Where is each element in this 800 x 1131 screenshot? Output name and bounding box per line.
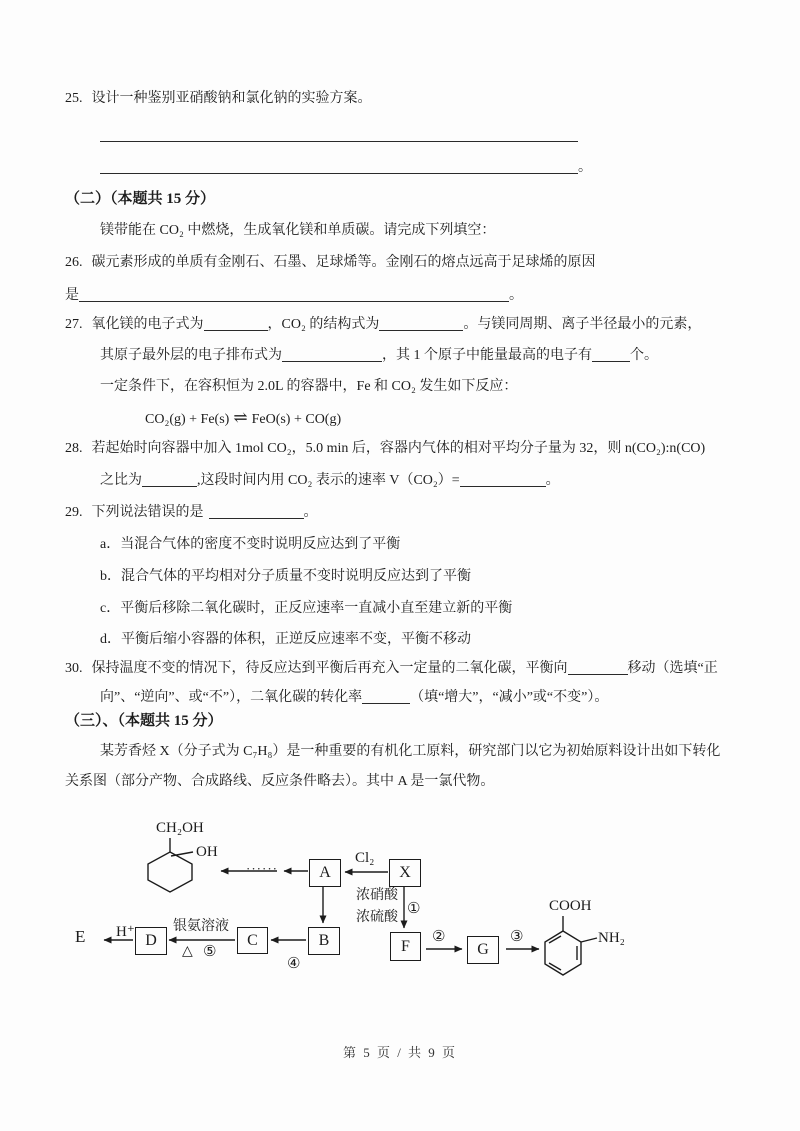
nitric-acid-label: 浓硝酸 [356, 888, 398, 903]
delta-heat-label: △ [182, 944, 193, 959]
q27-number: 27. [65, 316, 83, 334]
q29-number: 29. [65, 504, 83, 522]
q27-text: ，其 1 个原子中能量最高的电子有 [382, 348, 592, 363]
step3-label: ③ [510, 929, 523, 946]
q27-line1: 27.氧化镁的电子式为，CO₂ 的结构式为。与镁同周期、离子半径最小的元素， [65, 315, 701, 334]
oh-group-label: OH [196, 844, 218, 861]
section2-intro: 镁带能在 CO₂ 中燃烧，生成氧化镁和单质碳。请完成下列填空： [100, 222, 495, 240]
exam-page: 25.设计一种鉴别亚硝酸钠和氯化钠的实验方案。 。 （二）（本题共 15 分） … [0, 0, 800, 1131]
compound-box-c: C [237, 927, 268, 954]
silver-ammonia-label: 银氨溶液 [173, 919, 229, 934]
q27-condition: 一定条件下，在容积恒为 2.0L 的容器中，Fe 和 CO₂ 发生如下反应： [100, 378, 517, 396]
omitted-steps-dots: ······ [246, 862, 278, 876]
q30-line2: 向”、“逆向”、或“不”），二氧化碳的转化率（填“增大”，“减小”或“不变”）。 [100, 688, 608, 707]
reaction-scheme-diagram: CH₂OH OH ······ Cl₂ 浓硝酸 浓硫酸 ① ② ③ ④ 银氨溶液… [60, 818, 720, 1013]
answer-blank[interactable] [282, 346, 382, 362]
q25-answer-line-2: 。 [100, 158, 592, 177]
q28-text: 。 [546, 473, 560, 488]
compound-box-b: B [308, 927, 340, 955]
q29-stem: 29.下列说法错误的是。 [65, 503, 318, 522]
answer-blank[interactable] [379, 315, 463, 331]
equilibrium-arrow: ⇌ [229, 408, 251, 427]
compound-box-x: X [389, 859, 421, 887]
cooh-group-label: COOH [549, 898, 592, 915]
q28-line1: 28.若起始时向容器中加入 1mol CO₂，5.0 min 后，容器内气体的相… [65, 440, 705, 458]
q26-text-pre: 是 [65, 288, 79, 303]
q27-text: 个。 [630, 348, 658, 363]
q25-answer-line-1 [100, 126, 578, 145]
q27-text: 。与镁同周期、离子半径最小的元素， [463, 317, 701, 332]
answer-blank[interactable] [568, 659, 628, 675]
page-footer: 第 5 页 / 共 9 页 [0, 1042, 800, 1061]
step5-label: ⑤ [203, 944, 216, 961]
q25-number: 25. [65, 90, 83, 108]
q29-option-a: a．当混合气体的密度不变时说明反应达到了平衡 [100, 536, 400, 554]
q26-line2: 是。 [65, 286, 523, 305]
q29-option-c: c．平衡后移除二氧化碳时，正反应速率一直减小直至建立新的平衡 [100, 600, 512, 618]
q26-period: 。 [509, 288, 523, 303]
step2-label: ② [432, 929, 445, 946]
answer-blank[interactable] [592, 346, 630, 362]
q26-number: 26. [65, 254, 83, 272]
q29-option-d: d．平衡后缩小容器的体积，正逆反应速率不变，平衡不移动 [100, 631, 471, 649]
answer-blank[interactable] [100, 126, 578, 142]
q27-equation: CO₂(g) + Fe(s)⇌FeO(s) + CO(g) [145, 407, 341, 429]
answer-blank[interactable] [100, 158, 578, 174]
q27-line2: 其原子最外层的电子排布式为，其 1 个原子中能量最高的电子有个。 [100, 346, 658, 365]
step4-label: ④ [287, 956, 300, 973]
q30-text: 移动（选填“正 [628, 661, 718, 676]
section3-intro-line2: 关系图（部分产物、合成路线、反应条件略去）。其中 A 是一氯代物。 [65, 773, 494, 791]
q30-text: 向”、“逆向”、或“不”），二氧化碳的转化率 [100, 690, 362, 705]
q30-text: 保持温度不变的情况下，待反应达到平衡后再充入一定量的二氧化碳，平衡向 [92, 661, 568, 676]
q29-option-b: b．混合气体的平均相对分子质量不变时说明反应达到了平衡 [100, 568, 471, 586]
answer-blank[interactable] [460, 471, 546, 487]
compound-box-d: D [135, 927, 167, 955]
answer-blank[interactable] [204, 315, 268, 331]
q28-text: 之比为 [100, 473, 142, 488]
q27-text: 氧化镁的电子式为 [92, 317, 204, 332]
compound-e-label: E [75, 928, 85, 947]
answer-blank[interactable] [142, 471, 197, 487]
q25-period: 。 [578, 160, 592, 175]
answer-blank[interactable] [79, 286, 509, 302]
answer-blank[interactable] [362, 688, 410, 704]
q30-number: 30. [65, 660, 83, 678]
q25-text: 设计一种鉴别亚硝酸钠和氯化钠的实验方案。 [92, 91, 372, 106]
q29-period: 。 [304, 505, 318, 520]
answer-blank[interactable] [209, 503, 304, 519]
q25-line: 25.设计一种鉴别亚硝酸钠和氯化钠的实验方案。 [65, 90, 372, 108]
q28-text: 若起始时向容器中加入 1mol CO₂，5.0 min 后，容器内气体的相对平均… [92, 441, 706, 456]
compound-box-g: G [467, 936, 499, 964]
q30-line1: 30.保持温度不变的情况下，待反应达到平衡后再充入一定量的二氧化碳，平衡向移动（… [65, 659, 718, 678]
sulfuric-acid-label: 浓硫酸 [356, 910, 398, 925]
compound-box-f: F [390, 932, 421, 961]
q26-text: 碳元素形成的单质有金刚石、石墨、足球烯等。金刚石的熔点远高于足球烯的原因 [92, 255, 596, 270]
ch2oh-group-label: CH₂OH [156, 820, 204, 837]
q28-number: 28. [65, 440, 83, 458]
cl2-reagent-label: Cl₂ [355, 850, 374, 867]
nh2-group-label: NH₂ [598, 930, 625, 947]
q29-text: 下列说法错误的是 [92, 505, 204, 520]
section2-heading: （二）（本题共 15 分） [65, 190, 215, 210]
compound-box-a: A [309, 859, 341, 887]
step1-label: ① [407, 901, 420, 918]
h-plus-label: H⁺ [116, 924, 135, 941]
section3-intro-line1: 某芳香烃 X（分子式为 C₇H₈）是一种重要的有机化工原料，研究部门以它为初始原… [100, 743, 720, 761]
equation-right: FeO(s) + CO(g) [252, 412, 342, 427]
q26-line1: 26.碳元素形成的单质有金刚石、石墨、足球烯等。金刚石的熔点远高于足球烯的原因 [65, 254, 596, 272]
q30-text: （填“增大”，“减小”或“不变”）。 [410, 690, 608, 705]
q28-line2: 之比为,这段时间内用 CO₂ 表示的速率 V（CO₂）=。 [100, 471, 560, 490]
q27-text: 其原子最外层的电子排布式为 [100, 348, 282, 363]
equation-left: CO₂(g) + Fe(s) [145, 412, 229, 427]
section3-heading: （三）、（本题共 15 分） [65, 712, 223, 732]
q28-text: ,这段时间内用 CO₂ 表示的速率 V（CO₂）= [197, 473, 460, 488]
q27-text: ，CO₂ 的结构式为 [268, 317, 380, 332]
